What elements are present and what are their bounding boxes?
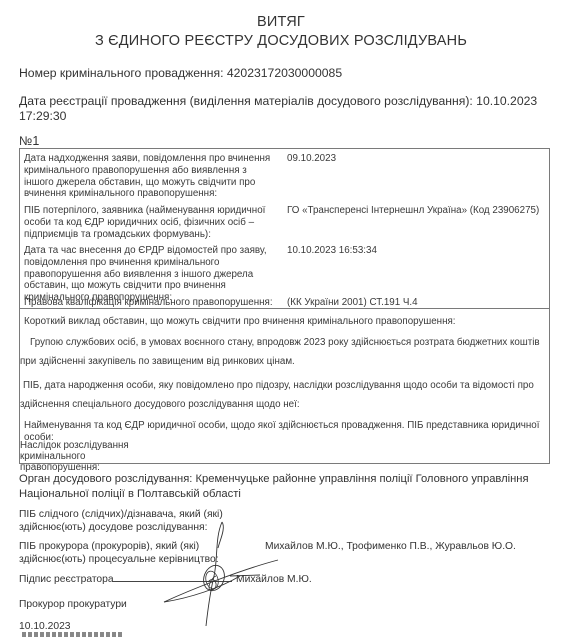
document-title: ВИТЯГ [0,14,562,30]
row-label-receipt-date: Дата надходження заяви, повідомлення про… [24,153,279,200]
prosecutor-names: Михайлов М.Ю., Трофименко П.В., Журавльо… [265,540,516,553]
record-number: №1 [19,134,39,149]
row-value-entry-date: 10.10.2023 16:53:34 [287,245,377,257]
handwritten-signature-icon [160,518,280,628]
prosecutor-office-label: Прокурор прокуратури [19,598,127,611]
row-label-applicant: ПІБ потерпілого, заявника (найменування … [24,205,279,240]
investigation-authority: Орган досудового розслідування: Кременчу… [19,472,549,502]
result-label: Наслідок розслідування кримінального пра… [20,440,150,473]
info-table: Дата надходження заяви, повідомлення про… [19,148,550,309]
row-value-applicant: ГО «Трансперенсі Інтернешнл Україна» (Ко… [287,205,539,217]
summary-text: Групою службових осіб, в умовах воєнного… [20,333,545,371]
registrar-signature-label: Підпис реєстратора [19,573,114,586]
case-number: Номер кримінального провадження: 4202317… [19,66,342,81]
document-subtitle: З ЄДИНОГО РЕЄСТРУ ДОСУДОВИХ РОЗСЛІДУВАНЬ [0,33,562,49]
registration-date: Дата реєстрації провадження (виділення м… [19,94,549,124]
row-value-receipt-date: 09.10.2023 [287,153,336,165]
cut-off-text [22,632,122,637]
row-label-entry-date: Дата та час внесення до ЄРДР відомостей … [24,245,289,304]
suspect-label: ПІБ, дата народження особи, яку повідомл… [20,376,540,414]
details-table: Короткий виклад обставин, що можуть свід… [19,308,550,464]
summary-label: Короткий виклад обставин, що можуть свід… [24,316,544,328]
